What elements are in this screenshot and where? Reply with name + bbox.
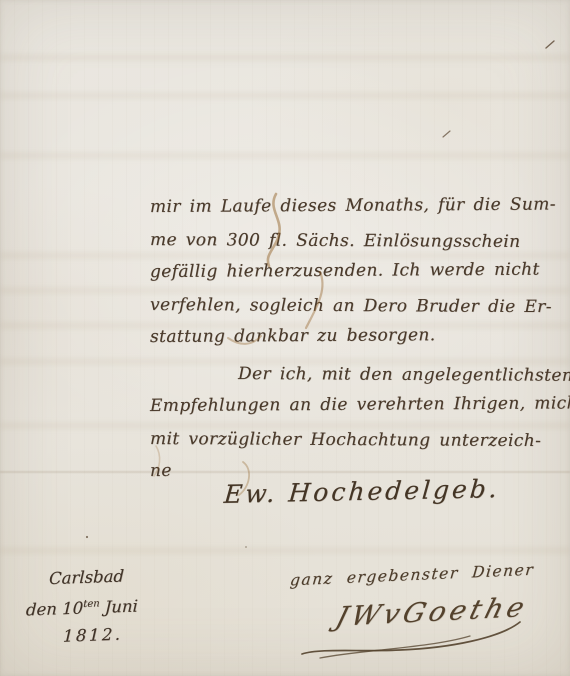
dateline-day: den 10ten Juni xyxy=(26,589,139,623)
ghost-line xyxy=(0,150,570,161)
dateline-year: 1812. xyxy=(63,620,138,650)
dateline-day-ordinal: ten xyxy=(83,598,100,610)
letter-line: Empfehlungen an die verehrten Ihrigen, m… xyxy=(150,393,570,428)
valediction: Ew. Hochedelgeb. xyxy=(223,474,501,509)
ghost-line xyxy=(0,52,570,63)
letter-line: stattung dankbar zu besorgen. xyxy=(150,324,570,359)
letter-line: Der ich, mit den angelegentlichsten xyxy=(238,364,570,398)
signature: JWvGoethe xyxy=(332,592,531,633)
dateline-month: Juni xyxy=(99,597,138,617)
closing-formula: ganz ergebenster Diener xyxy=(289,561,535,590)
dateline: Carlsbad den 10ten Juni 1812. xyxy=(25,562,140,651)
dateline-place: Carlsbad xyxy=(49,562,140,592)
dateline-day-number: den 10 xyxy=(26,598,84,619)
letter-line: mir im Laufe dieses Monaths, für die Sum… xyxy=(150,194,570,229)
ghost-line xyxy=(0,545,570,556)
ghost-line xyxy=(0,90,570,101)
letter-page: mir im Laufe dieses Monaths, für die Sum… xyxy=(0,0,570,676)
letter-line: gefällig hierherzusenden. Ich werde nich… xyxy=(150,259,570,294)
letter-body: mir im Laufe dieses Monaths, für die Sum… xyxy=(150,197,570,494)
